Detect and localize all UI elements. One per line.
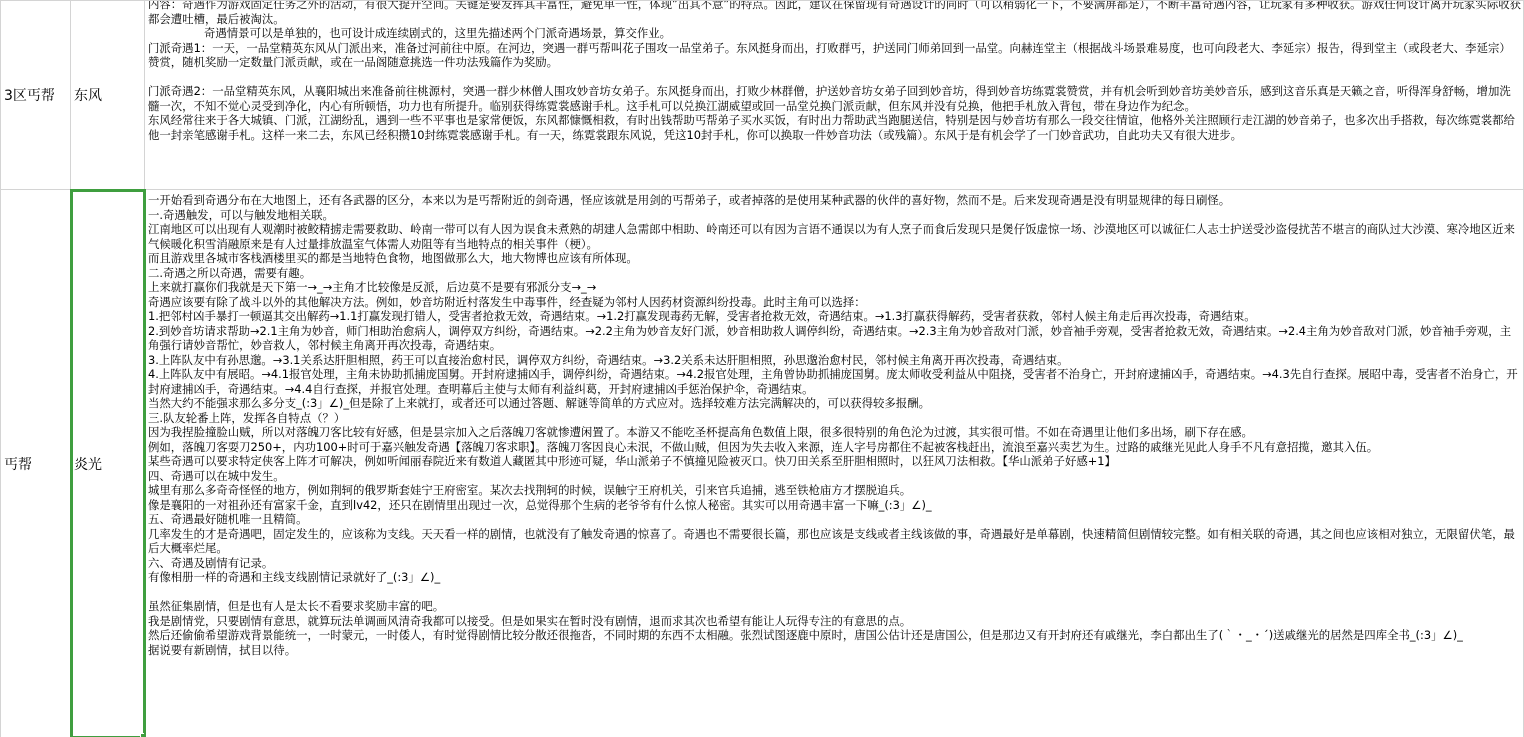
content-line: 二.奇遇之所以奇遇，需要有趣。 <box>148 266 1521 281</box>
content-line: 四、奇遇可以在城中发生。 <box>148 469 1521 484</box>
content-line: 2.到妙音坊请求帮助→2.1主角为妙音，师门相助治愈病人，调停双方纠纷，奇遇结束… <box>148 324 1521 353</box>
cell-player-name[interactable]: 东风 <box>71 1 145 190</box>
cell-content[interactable]: 一开始看到奇遇分布在大地图上，还有各武器的区分，本来以为是丐帮附近的剑奇遇，怪应… <box>145 190 1524 737</box>
content-line: 上来就打赢你们我就是天下第一→_→主角才比较像是反派，后边莫不是要有邪派分支→_… <box>148 280 1521 295</box>
content-line: 然后还偷偷希望游戏背景能统一，一时蒙元，一时倭人，有时觉得剧情比较分散还很拖沓，… <box>148 628 1521 643</box>
content-line: 六、奇遇及剧情有记录。 <box>148 556 1521 571</box>
content-line: 城里有那么多奇奇怪怪的地方，例如荆轲的俄罗斯套娃宁王府密室。某次去找荆轲的时候，… <box>148 483 1521 498</box>
content-line: 据说要有新剧情，拭目以待。 <box>148 643 1521 658</box>
cell-server-guild[interactable]: 丐帮 <box>1 190 71 737</box>
content-line: 三.队友轮番上阵，发挥各自特点（？） <box>148 411 1521 426</box>
content-line: 3.上阵队友中有孙思邈。→3.1关系达肝胆相照，药王可以直接治愈村民，调停双方纠… <box>148 353 1521 368</box>
content-line: 1.把邻村凶手暴打一顿逼其交出解药→1.1打赢发现打错人，受害者抢救无效，奇遇结… <box>148 309 1521 324</box>
cell-text: 丐帮 <box>4 457 32 473</box>
content-line: 门派奇遇2：一品堂精英东风，从襄阳城出来准备前往桃源村，突遇一群少林僧人围攻妙音… <box>148 84 1521 113</box>
content-line: 4.上阵队友中有展昭。→4.1报官处理，主角未协助抓捕庞国舅。开封府逮捕凶手，调… <box>148 367 1521 396</box>
content-line: 一.奇遇触发，可以与触发地相关联。 <box>148 208 1521 223</box>
cell-text: 炎光 <box>74 457 102 473</box>
content-line: 有像相册一样的奇遇和主线支线剧情记录就好了_(:3」∠)_ <box>148 570 1521 585</box>
cell-text: 3区丐帮 <box>4 88 55 104</box>
fill-handle[interactable] <box>140 733 145 737</box>
content-line: 内容：奇遇作为游戏固定任务之外的活动，有很大提升空间。关键是要发挥其丰富性，避免… <box>148 1 1521 27</box>
content-line: 江南地区可以出现有人观潮时被鲛精掳走需要救助、岭南一带可以有人因为误食未煮熟的胡… <box>148 222 1521 251</box>
table-row: 丐帮 炎光 一开始看到奇遇分布在大地图上，还有各武器的区分，本来以为是丐帮附近的… <box>1 190 1524 737</box>
spreadsheet-grid: 3区丐帮 东风 内容：奇遇作为游戏固定任务之外的活动，有很大提升空间。关键是要发… <box>0 0 1524 737</box>
content-line: 而且游戏里各城市客栈酒楼里买的都是当地特色食物，地图做那么大，地大物博也应该有所… <box>148 251 1521 266</box>
table-row: 3区丐帮 东风 内容：奇遇作为游戏固定任务之外的活动，有很大提升空间。关键是要发… <box>1 1 1524 190</box>
content-line: 门派奇遇1：一天，一品堂精英东风从门派出来，准备过河前往中原。在河边，突遇一群丐… <box>148 41 1521 70</box>
content-line: 一开始看到奇遇分布在大地图上，还有各武器的区分，本来以为是丐帮附近的剑奇遇，怪应… <box>148 193 1521 208</box>
content-line: 例如，落魄刀客耍刀250+，内功100+时可于嘉兴触发奇遇【落魄刀客求职】。落魄… <box>148 440 1521 455</box>
content-line: 像是襄阳的一对祖孙还有富家千金，直到lv42，还只在剧情里出现过一次，总觉得那个… <box>148 498 1521 513</box>
content-line: 奇遇应该要有除了战斗以外的其他解决方法。例如，妙音坊附近村落发生中毒事件，经查疑… <box>148 295 1521 310</box>
content-line: 几率发生的才是奇遇吧，固定发生的，应该称为支线。天天看一样的剧情，也就没有了触发… <box>148 527 1521 556</box>
content-line <box>148 585 1521 600</box>
content-line: 我是剧情党，只要剧情有意思，就算玩法单调画风清奇我都可以接受。但是如果实在暂时没… <box>148 614 1521 629</box>
cell-text: 东风 <box>74 88 102 104</box>
content-line: 奇遇情景可以是单独的，也可设计成连续剧式的，这里先描述两个门派奇遇场景，算交作业… <box>148 26 1521 41</box>
content-line: 因为我捏脸撞脸山贼，所以对落魄刀客比较有好感，但是昙宗加入之后落魄刀客就惨遭闲置… <box>148 425 1521 440</box>
content-line: 五、奇遇最好随机唯一且精简。 <box>148 512 1521 527</box>
content-line <box>148 70 1521 85</box>
content-line: 当然大约不能强求那么多分支_(:3」∠)_但是除了上来就打，或者还可以通过答题、… <box>148 396 1521 411</box>
content-line: 某些奇遇可以要求特定侠客上阵才可解决，例如听闻丽春院近来有数道人藏匿其中形迹可疑… <box>148 454 1521 469</box>
cell-content[interactable]: 内容：奇遇作为游戏固定任务之外的活动，有很大提升空间。关键是要发挥其丰富性，避免… <box>145 1 1524 190</box>
cell-player-name-selected[interactable]: 炎光 <box>71 190 145 737</box>
content-line: 东风经常往来于各大城镇、门派，江湖纷乱，遇到一些不平事也是家常便饭，东风都慷慨相… <box>148 113 1521 142</box>
content-line: 虽然征集剧情，但是也有人是太长不看要求奖励丰富的吧。 <box>148 599 1521 614</box>
cell-server-guild[interactable]: 3区丐帮 <box>1 1 71 190</box>
